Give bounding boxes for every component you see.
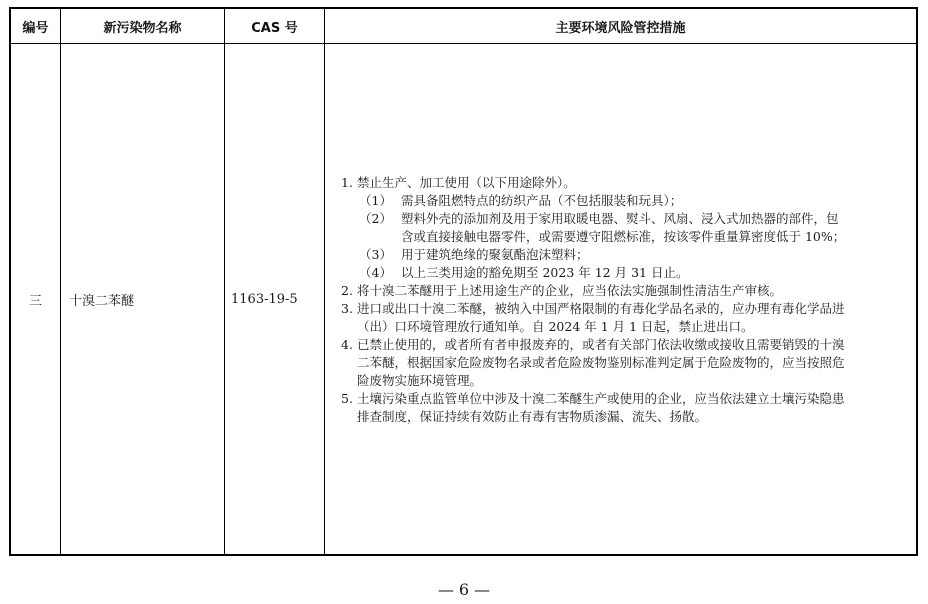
header-number: 编号	[11, 9, 60, 44]
measure-item: 1.禁止生产、加工使用（以下用途除外）。	[341, 174, 910, 192]
risk-control-table: 编号 新污染物名称 CAS 号 主要环境风险管控措施 三 十溴二苯醚 1163-…	[9, 7, 918, 556]
column-divider	[224, 9, 225, 554]
header-measures: 主要环境风险管控措施	[325, 9, 916, 44]
column-divider	[324, 9, 325, 554]
measure-item: 2.将十溴二苯醚用于上述用途生产的企业，应当依法实施强制性清洁生产审核。	[341, 282, 910, 300]
page-number: — 6 —	[0, 580, 928, 599]
measure-item: 3.进口或出口十溴二苯醚，被纳入中国严格限制的有毒化学品名录的，应办理有毒化学品…	[341, 300, 910, 318]
column-divider	[60, 9, 61, 554]
row-number: 三	[11, 45, 60, 554]
sub-item: （4）以上三类用途的豁免期至 2023 年 12 月 31 日止。	[341, 264, 910, 282]
sub-item: （1）需具备阻燃特点的纺织产品（不包括服装和玩具）；	[341, 192, 910, 210]
sub-item: （3）用于建筑绝缘的聚氨酯泡沫塑料；	[341, 246, 910, 264]
header-pollutant-name: 新污染物名称	[61, 9, 224, 44]
measure-item: 4.已禁止使用的，或者所有者申报废弃的，或者有关部门依法收缴或接收且需要销毁的十…	[341, 336, 910, 354]
header-cas: CAS 号	[225, 9, 324, 44]
sub-item-continuation: 含或直接接触电器零件，或需要遵守阻燃标准，按该零件重量算密度低于 10%；	[341, 228, 910, 246]
measure-item: 5.土壤污染重点监管单位中涉及十溴二苯醚生产或使用的企业，应当依法建立土壤污染隐…	[341, 390, 910, 408]
pollutant-name: 十溴二苯醚	[69, 45, 219, 554]
sub-item: （2）塑料外壳的添加剂及用于家用取暖电器、熨斗、风扇、浸入式加热器的部件，包	[341, 210, 910, 228]
measures-cell: 1.禁止生产、加工使用（以下用途除外）。 （1）需具备阻燃特点的纺织产品（不包括…	[327, 45, 916, 554]
cas-number: 1163-19-5	[231, 45, 321, 554]
